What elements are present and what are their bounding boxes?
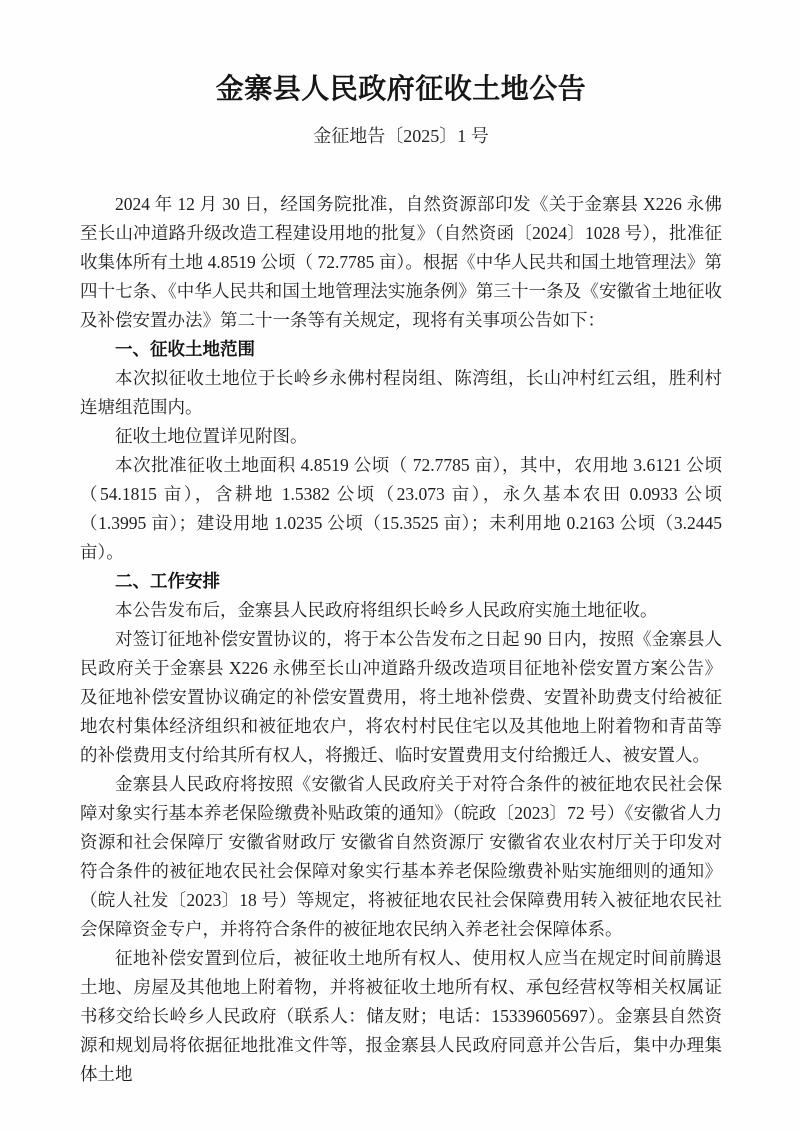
page-title: 金寨县人民政府征收土地公告	[80, 72, 722, 108]
notice-body: 2024 年 12 月 30 日，经国务院批准，自然资源部印发《关于金寨县 X2…	[80, 190, 722, 1089]
scope-location-paragraph: 本次拟征收土地位于长岭乡永佛村程岗组、陈湾组，长山冲村红云组，胜利村连塘组范围内…	[80, 364, 722, 422]
scope-map-paragraph: 征收土地位置详见附图。	[80, 422, 722, 451]
arrangement-social-security-paragraph: 金寨县人民政府将按照《安徽省人民政府关于对符合条件的被征地农民社会保障对象实行基…	[80, 770, 722, 944]
arrangement-handover-paragraph: 征地补偿安置到位后，被征收土地所有权人、使用权人应当在规定时间前腾退土地、房屋及…	[80, 944, 722, 1089]
scope-area-paragraph: 本次批准征收土地面积 4.8519 公顷（ 72.7785 亩），其中，农用地 …	[80, 451, 722, 567]
notice-page: 金寨县人民政府征收土地公告 金征地告〔2025〕1 号 2024 年 12 月 …	[0, 0, 800, 1131]
doc-number: 金征地告〔2025〕1 号	[80, 124, 722, 148]
intro-paragraph: 2024 年 12 月 30 日，经国务院批准，自然资源部印发《关于金寨县 X2…	[80, 190, 722, 335]
section-heading-scope: 一、征收土地范围	[80, 335, 722, 364]
arrangement-implementation-paragraph: 本公告发布后，金寨县人民政府将组织长岭乡人民政府实施土地征收。	[80, 596, 722, 625]
arrangement-compensation-paragraph: 对签订征地补偿安置协议的，将于本公告发布之日起 90 日内，按照《金寨县人民政府…	[80, 625, 722, 770]
section-heading-arrangement: 二、工作安排	[80, 567, 722, 596]
